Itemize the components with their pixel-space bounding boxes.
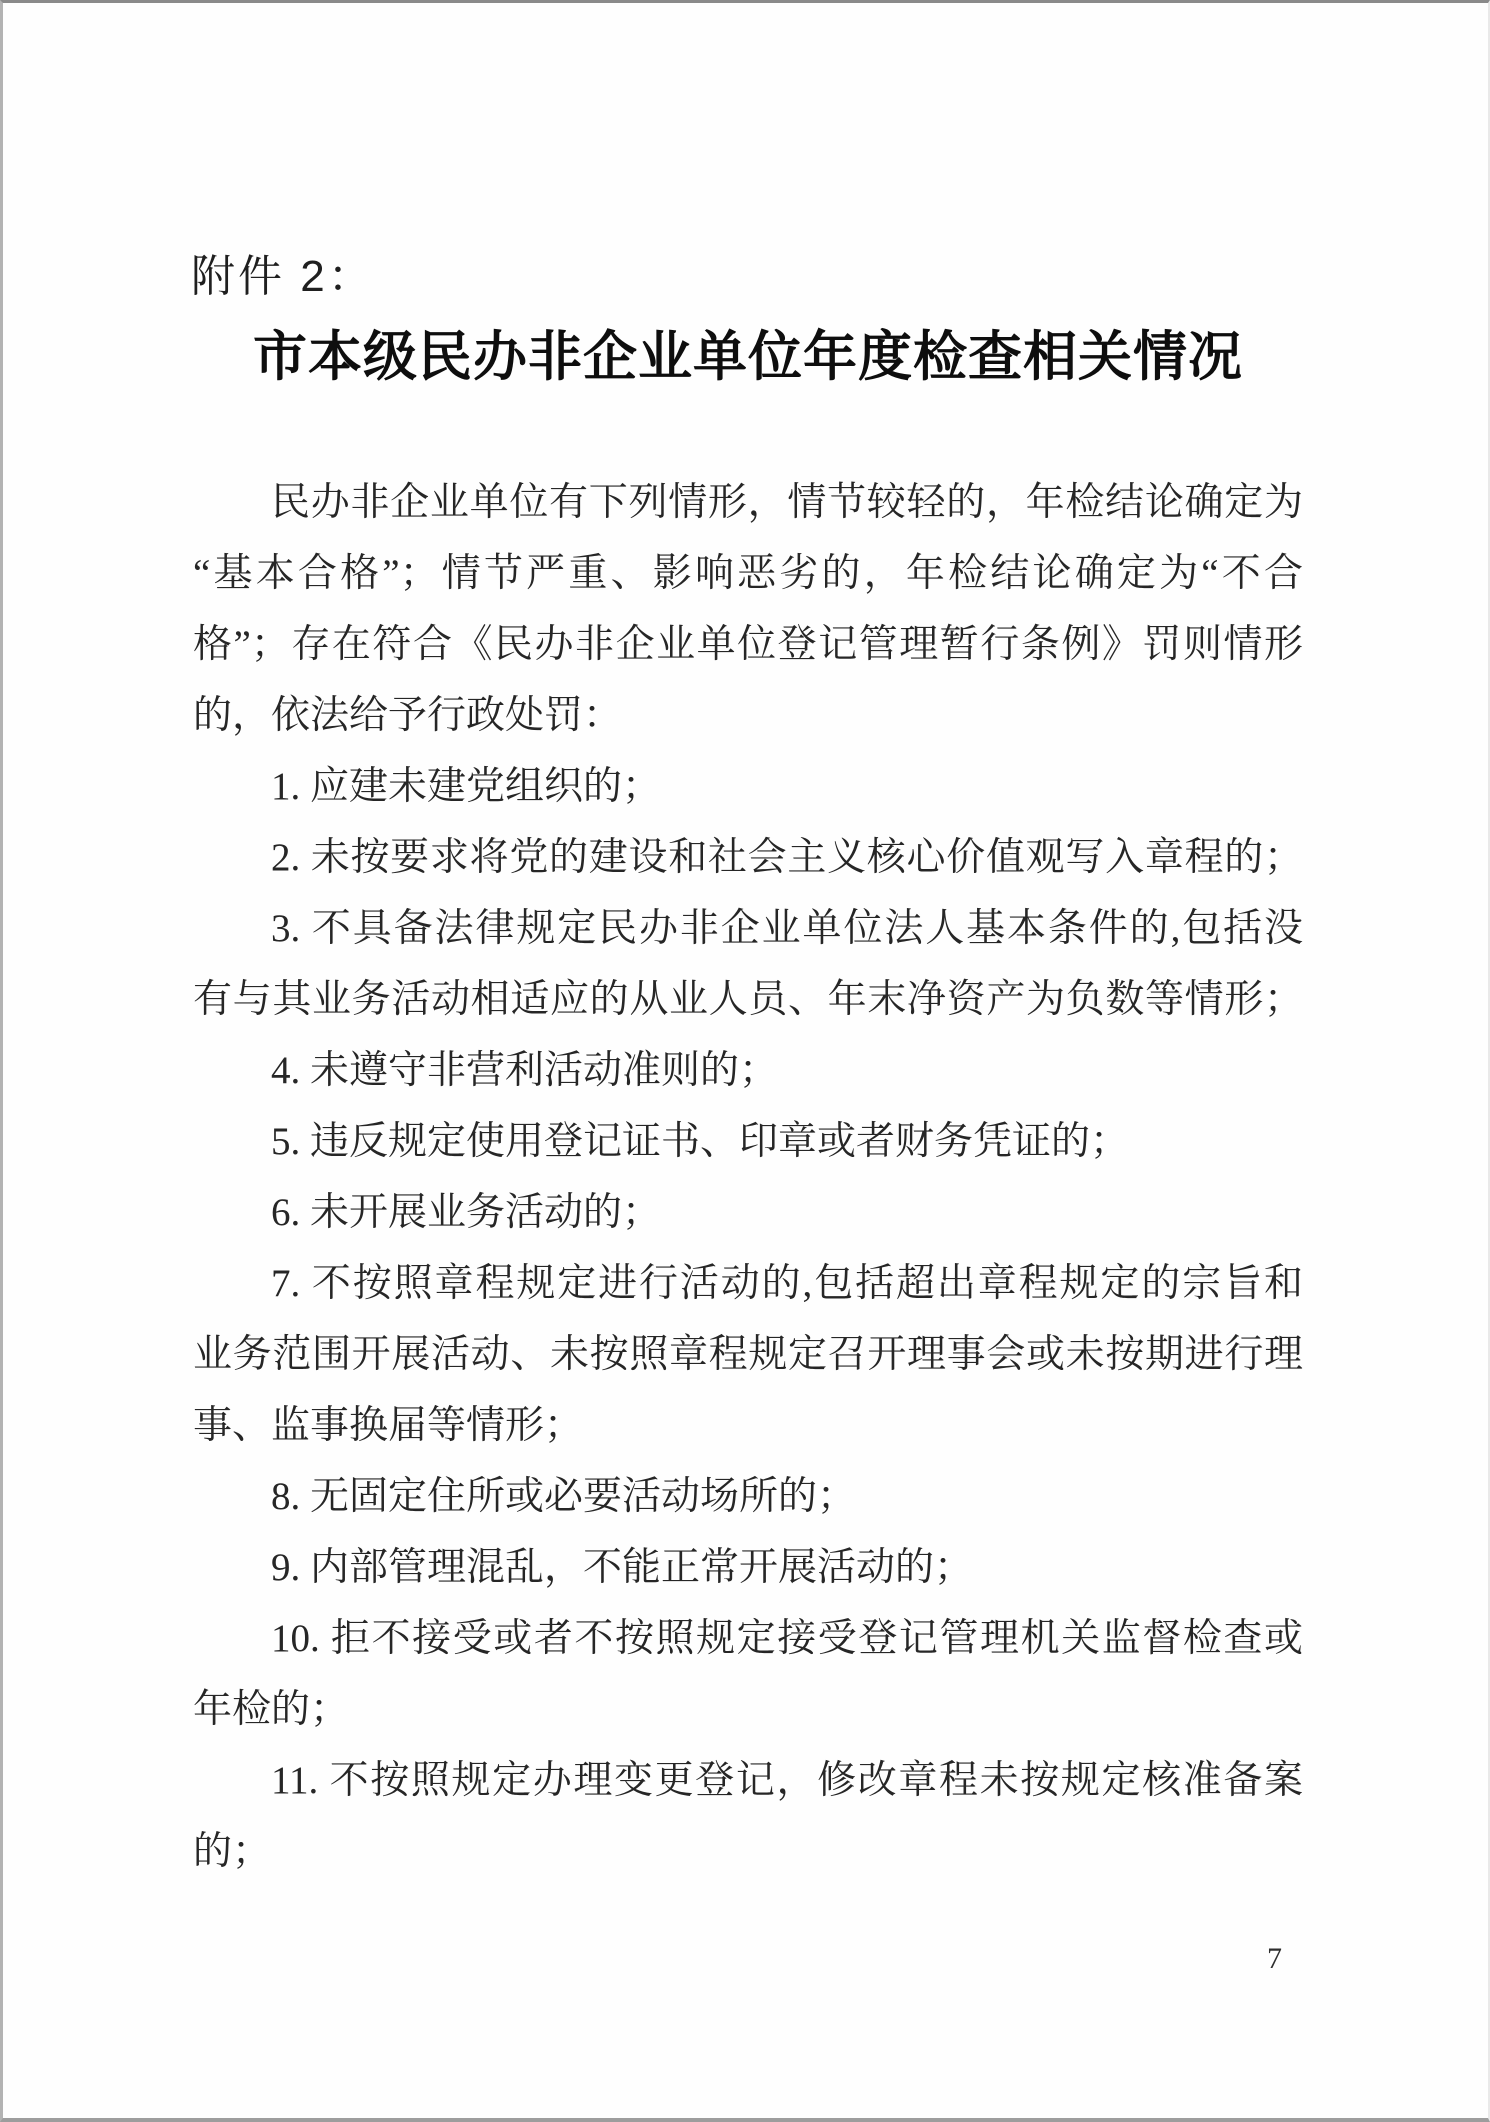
body-line: 10. 拒不接受或者不按照规定接受登记管理机关监督检查或: [193, 1603, 1303, 1674]
body-line: 格”；存在符合《民办非企业单位登记管理暂行条例》罚则情形: [193, 609, 1303, 680]
body-line: 的，依法给予行政处罚：: [193, 680, 1303, 751]
body-line: 4. 未遵守非营利活动准则的；: [193, 1035, 1303, 1106]
body-line: 事、监事换届等情形；: [193, 1390, 1303, 1461]
document-page: 附件 2： 市本级民办非企业单位年度检查相关情况 民办非企业单位有下列情形，情节…: [0, 0, 1490, 2122]
body-line: 7. 不按照章程规定进行活动的,包括超出章程规定的宗旨和: [193, 1248, 1303, 1319]
body-line: 业务范围开展活动、未按照章程规定召开理事会或未按期进行理: [193, 1319, 1303, 1390]
body-line: 的；: [193, 1816, 1303, 1887]
body-line: 9. 内部管理混乱，不能正常开展活动的；: [193, 1532, 1303, 1603]
body-line: 年检的；: [193, 1674, 1303, 1745]
body-line: 民办非企业单位有下列情形，情节较轻的，年检结论确定为: [193, 467, 1303, 538]
body-line: 3. 不具备法律规定民办非企业单位法人基本条件的,包括没: [193, 893, 1303, 964]
attachment-label: 附件 2：: [191, 249, 375, 305]
body-line: “基本合格”；情节严重、影响恶劣的，年检结论确定为“不合: [193, 538, 1303, 609]
body-line: 2. 未按要求将党的建设和社会主义核心价值观写入章程的；: [193, 822, 1303, 893]
document-body: 民办非企业单位有下列情形，情节较轻的，年检结论确定为 “基本合格”；情节严重、影…: [193, 467, 1303, 1887]
body-line: 8. 无固定住所或必要活动场所的；: [193, 1461, 1303, 1532]
page-number: 7: [1267, 1939, 1282, 1979]
document-title: 市本级民办非企业单位年度检查相关情况: [193, 321, 1303, 393]
body-line: 6. 未开展业务活动的；: [193, 1177, 1303, 1248]
body-line: 1. 应建未建党组织的；: [193, 751, 1303, 822]
body-line: 11. 不按照规定办理变更登记，修改章程未按规定核准备案: [193, 1745, 1303, 1816]
body-line: 5. 违反规定使用登记证书、印章或者财务凭证的；: [193, 1106, 1303, 1177]
body-line: 有与其业务活动相适应的从业人员、年末净资产为负数等情形；: [193, 964, 1303, 1035]
